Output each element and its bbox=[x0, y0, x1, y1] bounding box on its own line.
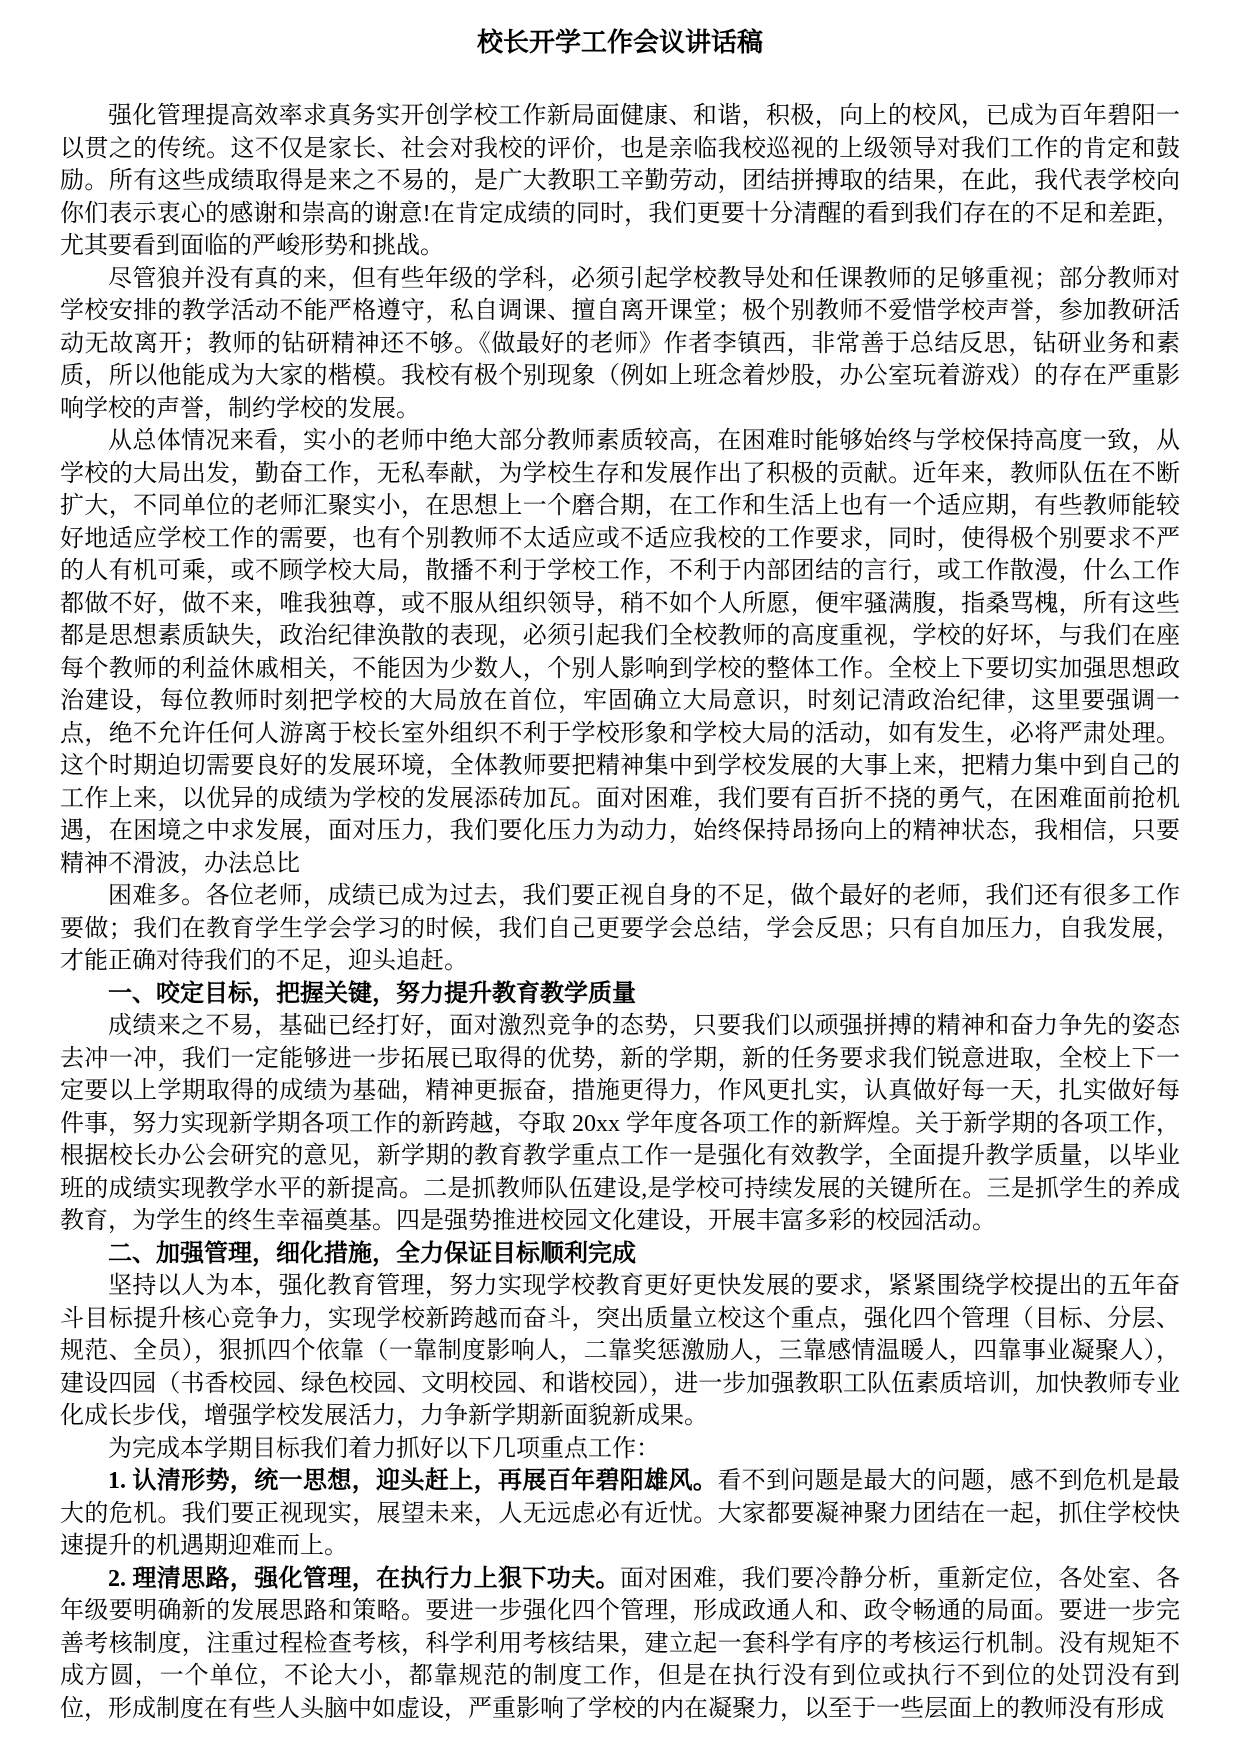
item-lead-bold: 2. 理清思路，强化管理，在执行力上狠下功夫。 bbox=[108, 1566, 620, 1592]
section-heading: 一、咬定目标，把握关键，努力提升教育教学质量 bbox=[60, 978, 1180, 1011]
paragraph: 成绩来之不易，基础已经打好，面对激烈竞争的态势，只要我们以顽强拼搏的精神和奋力争… bbox=[60, 1010, 1180, 1238]
paragraph: 为完成本学期目标我们着力抓好以下几项重点工作： bbox=[60, 1433, 1180, 1466]
document-title: 校长开学工作会议讲话稿 bbox=[60, 26, 1180, 60]
paragraph: 坚持以人为本，强化教育管理，努力实现学校教育更好更快发展的要求，紧紧围绕学校提出… bbox=[60, 1270, 1180, 1433]
paragraph: 困难多。各位老师，成绩已成为过去，我们要正视自身的不足，做个最好的老师，我们还有… bbox=[60, 880, 1180, 978]
paragraph: 2. 理清思路，强化管理，在执行力上狠下功夫。面对困难，我们要冷静分析，重新定位… bbox=[60, 1563, 1180, 1726]
section-heading: 二、加强管理，细化措施，全力保证目标顺利完成 bbox=[60, 1238, 1180, 1271]
paragraph: 尽管狼并没有真的来，但有些年级的学科，必须引起学校教导处和任课教师的足够重视；部… bbox=[60, 263, 1180, 426]
paragraph: 强化管理提高效率求真务实开创学校工作新局面健康、和谐，积极，向上的校风，已成为百… bbox=[60, 100, 1180, 263]
document-body: 强化管理提高效率求真务实开创学校工作新局面健康、和谐，积极，向上的校风，已成为百… bbox=[60, 100, 1180, 1725]
document-page: 校长开学工作会议讲话稿 强化管理提高效率求真务实开创学校工作新局面健康、和谐，积… bbox=[0, 0, 1240, 1754]
item-lead-bold: 1. 认清形势，统一思想，迎头赶上，再展百年碧阳雄风。 bbox=[108, 1468, 717, 1494]
paragraph: 从总体情况来看，实小的老师中绝大部分教师素质较高，在困难时能够始终与学校保持高度… bbox=[60, 425, 1180, 880]
paragraph: 1. 认清形势，统一思想，迎头赶上，再展百年碧阳雄风。看不到问题是最大的问题，感… bbox=[60, 1465, 1180, 1563]
